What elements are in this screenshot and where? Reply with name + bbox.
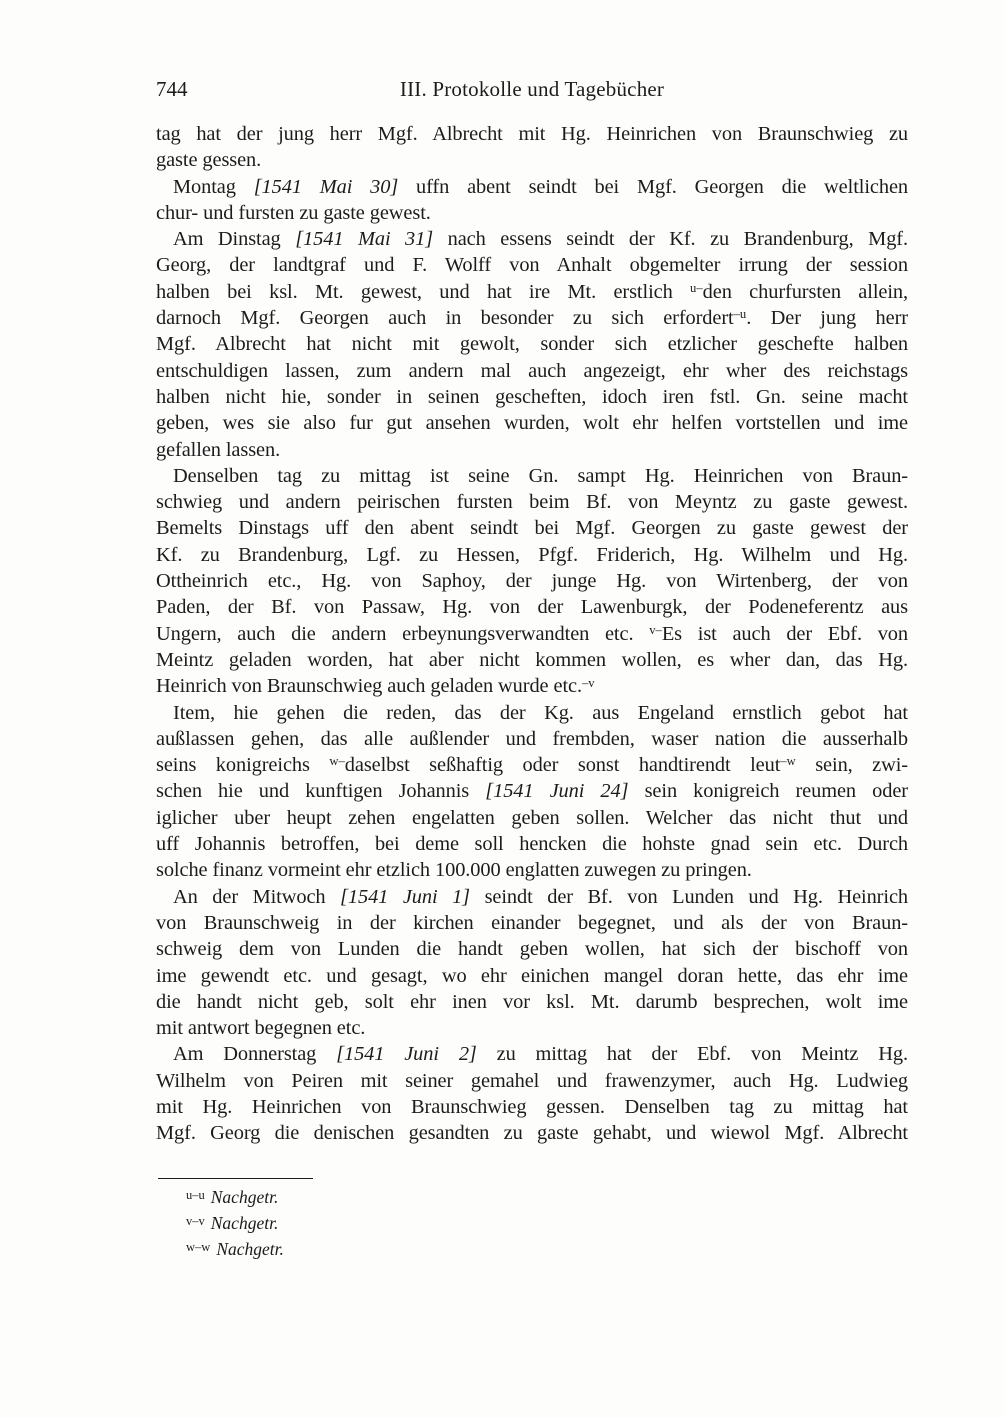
text-line: Kf. zu Brandenburg, Lgf. zu Hessen, Pfgf… <box>156 542 908 568</box>
text-line: Am Dinstag [1541 Mai 31] nach essens sei… <box>156 226 908 252</box>
text-segment: schwieg und andern peirischen fursten be… <box>156 491 908 513</box>
footnote-item: w–wNachgetr. <box>158 1237 910 1263</box>
text-segment: von Braunschweig in der kirchen einander… <box>156 912 908 934</box>
note-superscript: –v <box>582 676 595 690</box>
text-segment: Es ist auch der Ebf. von <box>662 623 908 645</box>
text-segment: seindt der Bf. von Lunden und Hg. Heinri… <box>470 886 908 908</box>
text-line: Heinrich von Braunschwieg auch geladen w… <box>156 673 908 699</box>
text-line: seins konigreichs w–daselbst seßhaftig o… <box>156 752 908 778</box>
text-line: solche finanz vormeint ehr etzlich 100.0… <box>156 857 908 883</box>
text-segment: zu mittag hat der Ebf. von Meintz Hg. <box>477 1043 908 1065</box>
text-line: Mgf. Albrecht hat nicht mit gewolt, sond… <box>156 331 908 357</box>
text-line: Paden, der Bf. von Passaw, Hg. von der L… <box>156 594 908 620</box>
text-segment: tag hat der jung herr Mgf. Albrecht mit … <box>156 123 908 145</box>
text-line: außlassen gehen, das alle außlender und … <box>156 726 908 752</box>
text-segment: Georg, der landtgraf und F. Wolff von An… <box>156 254 908 276</box>
text-line: halben bei ksl. Mt. gewest, und hat ire … <box>156 279 908 305</box>
text-segment: Am Dinstag <box>173 228 295 250</box>
text-segment: entschuldigen lassen, zum andern mal auc… <box>156 360 908 382</box>
text-segment: sein konigreich reumen oder <box>628 780 908 802</box>
text-segment: den churfursten allein, <box>703 281 908 303</box>
text-segment: schweig dem von Lunden die handt geben w… <box>156 938 908 960</box>
note-superscript: u– <box>690 281 703 295</box>
text-segment: Kf. zu Brandenburg, Lgf. zu Hessen, Pfgf… <box>156 544 908 566</box>
text-segment: . Der jung herr <box>746 307 908 329</box>
text-line: An der Mitwoch [1541 Juni 1] seindt der … <box>156 884 908 910</box>
text-segment: Wilhelm von Peiren mit seiner gemahel un… <box>156 1070 908 1092</box>
text-segment: Montag <box>173 176 254 198</box>
text-line: Montag [1541 Mai 30] uffn abent seindt b… <box>156 174 908 200</box>
text-line: iglicher uber heupt zehen engelatten geb… <box>156 805 908 831</box>
footnote-text: Nachgetr. <box>216 1239 284 1259</box>
date-italic: [1541 Mai 31] <box>295 228 433 250</box>
text-segment: chur- und fursten zu gaste gewest. <box>156 202 431 224</box>
footnote-marker: u–u <box>186 1188 205 1202</box>
text-line: geben, wes sie also fur gut ansehen wurd… <box>156 410 908 436</box>
text-segment: mit antwort begegnen etc. <box>156 1017 365 1039</box>
text-line: Am Donnerstag [1541 Juni 2] zu mittag ha… <box>156 1041 908 1067</box>
text-segment: die handt nicht geb, solt ehr inen vor k… <box>156 991 908 1013</box>
text-segment: Heinrich von Braunschwieg auch geladen w… <box>156 675 582 697</box>
text-segment: außlassen gehen, das alle außlender und … <box>156 728 908 750</box>
text-segment: darnoch Mgf. Georgen auch in besonder zu… <box>156 307 734 329</box>
date-italic: [1541 Juni 24] <box>485 780 628 802</box>
text-line: chur- und fursten zu gaste gewest. <box>156 200 908 226</box>
text-segment: Mgf. Albrecht hat nicht mit gewolt, sond… <box>156 333 908 355</box>
footnote-item: u–uNachgetr. <box>158 1185 910 1211</box>
footnote-marker: w–w <box>186 1240 210 1254</box>
text-segment: geben, wes sie also fur gut ansehen wurd… <box>156 412 908 434</box>
footnote-item: v–vNachgetr. <box>158 1211 910 1237</box>
date-italic: [1541 Mai 30] <box>254 176 398 198</box>
text-segment: halben bei ksl. Mt. gewest, und hat ire … <box>156 281 690 303</box>
text-segment: An der Mitwoch <box>173 886 340 908</box>
text-segment: Denselben tag zu mittag ist seine Gn. sa… <box>173 465 908 487</box>
text-segment: gefallen lassen. <box>156 439 280 461</box>
text-line: tag hat der jung herr Mgf. Albrecht mit … <box>156 121 908 147</box>
text-line: uff Johannis betroffen, bei deme soll he… <box>156 831 908 857</box>
footnote-text: Nachgetr. <box>211 1187 279 1207</box>
footnote-rule <box>158 1178 313 1179</box>
text-line: halben nicht hie, sonder in seinen gesch… <box>156 384 908 410</box>
text-line: gaste gessen. <box>156 147 908 173</box>
text-segment: gaste gessen. <box>156 149 261 171</box>
text-line: die handt nicht geb, solt ehr inen vor k… <box>156 989 908 1015</box>
text-line: Denselben tag zu mittag ist seine Gn. sa… <box>156 463 908 489</box>
text-segment: Meintz geladen worden, hat aber nicht ko… <box>156 649 908 671</box>
text-line: schweig dem von Lunden die handt geben w… <box>156 936 908 962</box>
text-segment: Item, hie gehen die reden, das der Kg. a… <box>173 702 908 724</box>
text-line: mit Hg. Heinrichen von Braunschwieg gess… <box>156 1094 908 1120</box>
note-superscript: v– <box>649 623 662 637</box>
text-segment: Paden, der Bf. von Passaw, Hg. von der L… <box>156 596 908 618</box>
text-line: entschuldigen lassen, zum andern mal auc… <box>156 358 908 384</box>
note-superscript: –w <box>780 754 795 768</box>
text-segment: Mgf. Georg die denischen gesandten zu ga… <box>156 1122 908 1144</box>
text-segment: sein, zwi- <box>796 754 908 776</box>
text-line: Item, hie gehen die reden, das der Kg. a… <box>156 700 908 726</box>
text-line: schen hie und kunftigen Johannis [1541 J… <box>156 778 908 804</box>
text-line: Mgf. Georg die denischen gesandten zu ga… <box>156 1120 908 1146</box>
page-number: 744 <box>156 76 188 102</box>
text-segment: uffn abent seindt bei Mgf. Georgen die w… <box>398 176 908 198</box>
body-text-block: tag hat der jung herr Mgf. Albrecht mit … <box>156 121 908 1147</box>
date-italic: [1541 Juni 2] <box>336 1043 477 1065</box>
running-header: 744 III. Protokolle und Tagebücher <box>156 76 908 102</box>
text-segment: mit Hg. Heinrichen von Braunschwieg gess… <box>156 1096 908 1118</box>
text-segment: Ungern, auch die andern erbeynungsverwan… <box>156 623 649 645</box>
text-segment: iglicher uber heupt zehen engelatten geb… <box>156 807 908 829</box>
note-superscript: w– <box>329 754 344 768</box>
date-italic: [1541 Juni 1] <box>340 886 470 908</box>
text-segment: ime gewendt etc. und gesagt, wo ehr eini… <box>156 965 908 987</box>
running-title: III. Protokolle und Tagebücher <box>156 76 908 102</box>
text-segment: daselbst seßhaftig oder sonst handtirend… <box>345 754 780 776</box>
footnote-text: Nachgetr. <box>211 1213 279 1233</box>
text-segment: Am Donnerstag <box>173 1043 336 1065</box>
note-superscript: –u <box>734 307 747 321</box>
footnote-marker: v–v <box>186 1214 205 1228</box>
text-line: darnoch Mgf. Georgen auch in besonder zu… <box>156 305 908 331</box>
text-segment: uff Johannis betroffen, bei deme soll he… <box>156 833 908 855</box>
text-line: Georg, der landtgraf und F. Wolff von An… <box>156 252 908 278</box>
text-segment: Bemelts Dinstags uff den abent seindt be… <box>156 517 908 539</box>
text-segment: solche finanz vormeint ehr etzlich 100.0… <box>156 859 752 881</box>
text-line: ime gewendt etc. und gesagt, wo ehr eini… <box>156 963 908 989</box>
text-line: von Braunschweig in der kirchen einander… <box>156 910 908 936</box>
text-line: gefallen lassen. <box>156 437 908 463</box>
book-page: 744 III. Protokolle und Tagebücher tag h… <box>0 0 1004 1418</box>
text-line: schwieg und andern peirischen fursten be… <box>156 489 908 515</box>
text-line: Wilhelm von Peiren mit seiner gemahel un… <box>156 1068 908 1094</box>
text-line: Ottheinrich etc., Hg. von Saphoy, der ju… <box>156 568 908 594</box>
text-line: Meintz geladen worden, hat aber nicht ko… <box>156 647 908 673</box>
text-segment: halben nicht hie, sonder in seinen gesch… <box>156 386 908 408</box>
text-segment: schen hie und kunftigen Johannis <box>156 780 485 802</box>
footnotes-section: u–uNachgetr. v–vNachgetr. w–wNachgetr. <box>158 1178 910 1263</box>
text-line: Bemelts Dinstags uff den abent seindt be… <box>156 515 908 541</box>
text-line: Ungern, auch die andern erbeynungsverwan… <box>156 621 908 647</box>
text-segment: seins konigreichs <box>156 754 329 776</box>
text-segment: Ottheinrich etc., Hg. von Saphoy, der ju… <box>156 570 908 592</box>
text-segment: nach essens seindt der Kf. zu Brandenbur… <box>433 228 908 250</box>
text-line: mit antwort begegnen etc. <box>156 1015 908 1041</box>
